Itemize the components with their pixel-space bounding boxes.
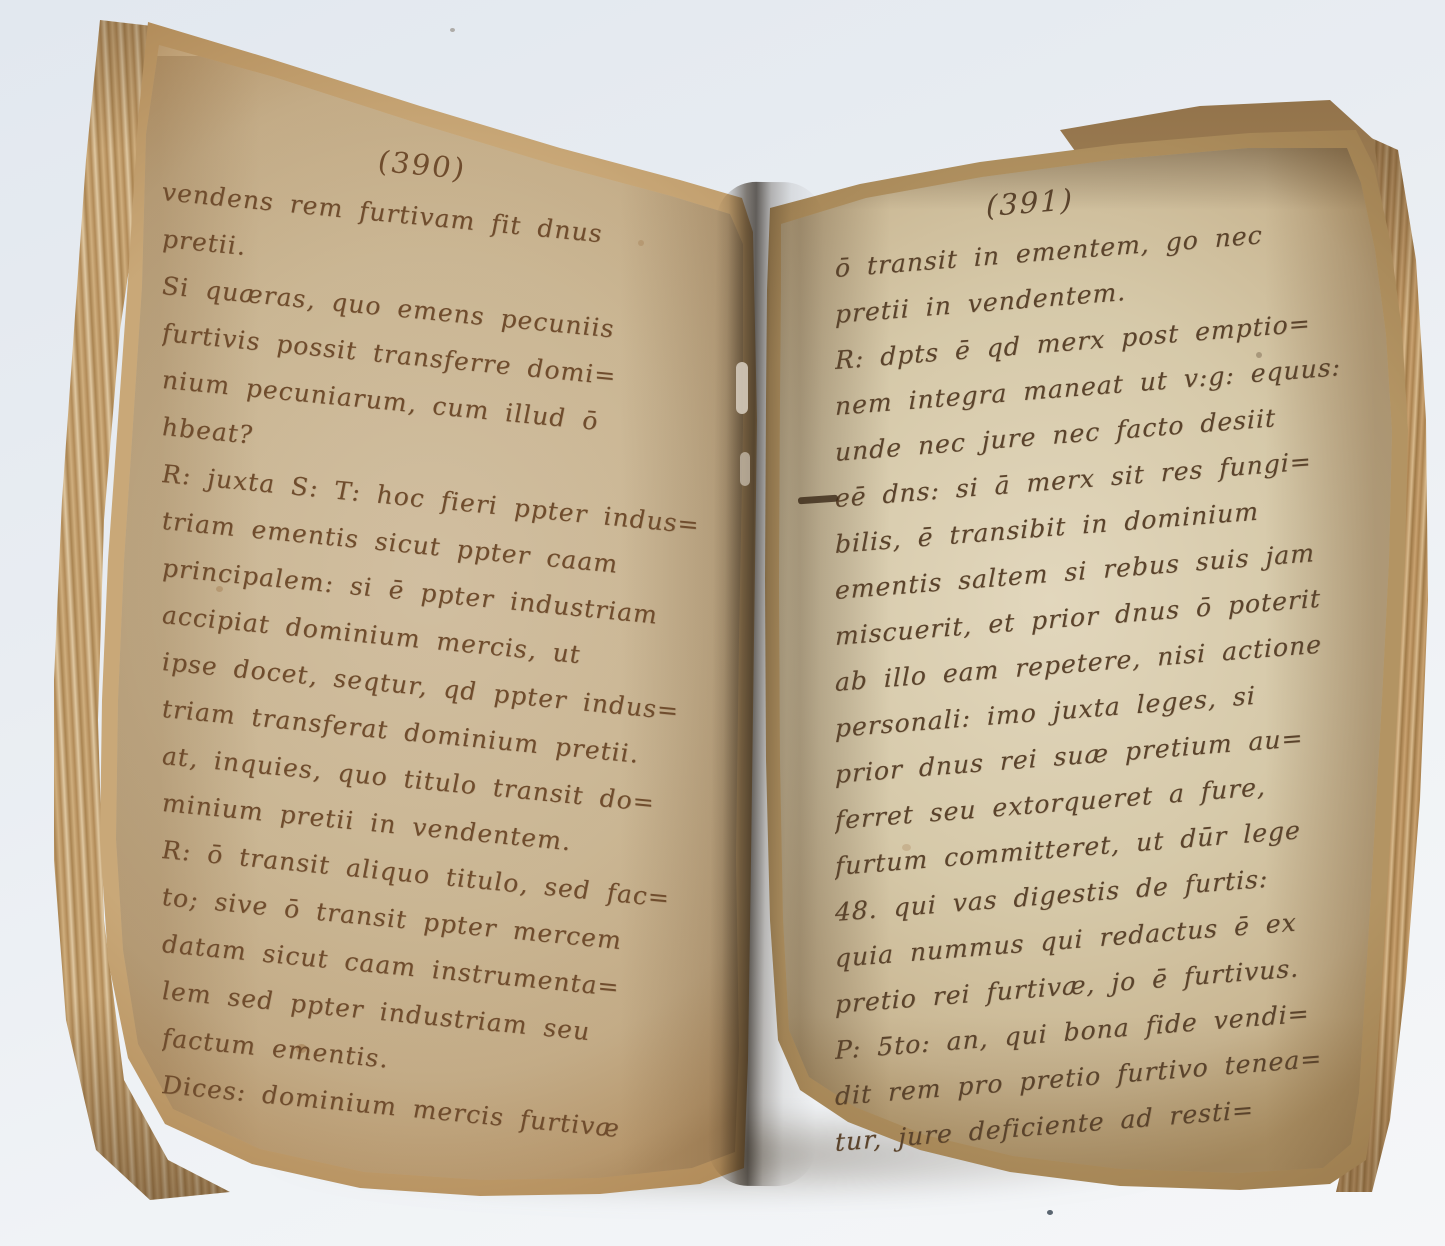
right-page-text: (391) ō transit in ementem, go nec preti… xyxy=(835,153,1385,1186)
dust-speck xyxy=(1047,1210,1053,1215)
left-page-text: (390) vendens rem furtivam fit dnus pret… xyxy=(162,118,747,1184)
dust-speck xyxy=(450,28,455,32)
manuscript-photo: (390) vendens rem furtivam fit dnus pret… xyxy=(0,0,1445,1246)
